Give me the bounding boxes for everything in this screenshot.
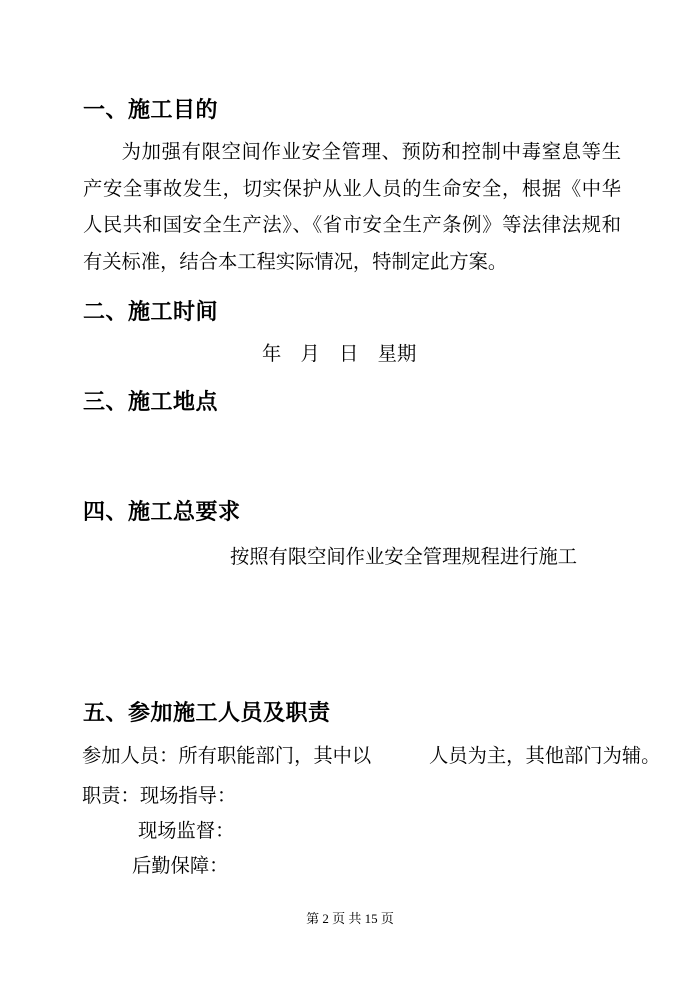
requirement-line: 按照有限空间作业安全管理规程进行施工 [230, 540, 577, 577]
date-placeholder-line: 年 月 日 星期 [262, 337, 416, 374]
participants-line: 参加人员：所有职能部门，其中以 人员为主，其他部门为辅。 [82, 739, 660, 776]
duty-lead-line: 职责：现场指导： [82, 779, 236, 816]
section-heading-requirements: 四、施工总要求 [83, 499, 241, 525]
document-page: 一、施工目的 为加强有限空间作业安全管理、预防和控制中毒窒息等生产安全事故发生，… [0, 0, 700, 990]
section-heading-time: 二、施工时间 [83, 299, 218, 325]
section-heading-location: 三、施工地点 [83, 389, 218, 415]
page-number: 第 2 页 共 15 页 [0, 910, 700, 928]
duty-logistics-line: 后勤保障： [132, 849, 228, 886]
purpose-paragraph: 为加强有限空间作业安全管理、预防和控制中毒窒息等生产安全事故发生，切实保护从业人… [83, 135, 621, 281]
duty-supervise-line: 现场监督： [138, 814, 234, 851]
section-heading-purpose: 一、施工目的 [83, 97, 218, 123]
section-heading-personnel: 五、参加施工人员及职责 [83, 700, 331, 726]
